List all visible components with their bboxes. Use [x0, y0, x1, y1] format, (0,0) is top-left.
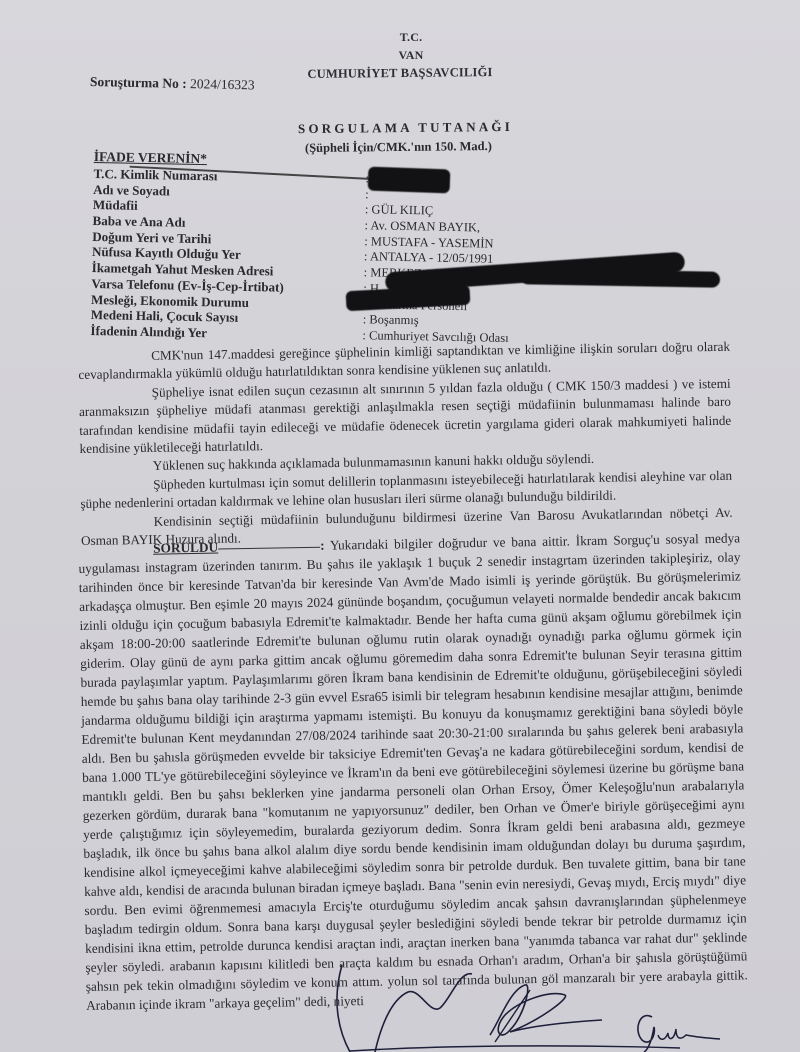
preamble-paragraph: Şüpheliye isnat edilen suçun cezasının a… — [79, 375, 732, 459]
investigation-value: 2024/16323 — [190, 76, 255, 92]
interrogation-section: SORULDU: Yukarıdaki bilgiler doğrudur ve… — [78, 528, 748, 1014]
document-title: SORGULAMA TUTANAĞI — [298, 119, 513, 137]
investigation-label: Soruşturma No : — [90, 74, 187, 91]
investigation-number: Soruşturma No : 2024/16323 — [90, 74, 255, 93]
header-tc: T.C. — [22, 28, 800, 46]
interrogation-text: Yukarıdaki bilgiler doğrudur ve bana ait… — [78, 530, 747, 1012]
redaction-id-name — [368, 167, 451, 194]
soruldu-line — [218, 547, 320, 550]
preamble: CMK'nun 147.maddesi gereğince şüphelinin… — [78, 338, 733, 551]
soruldu-label: SORULDU — [153, 540, 218, 556]
signature-lower-stroke — [350, 1040, 700, 1052]
signature-suspect — [630, 1005, 750, 1052]
document-page: T.C. VAN CUMHURİYET BAŞSAVCILIĞI Soruştu… — [0, 0, 800, 1052]
